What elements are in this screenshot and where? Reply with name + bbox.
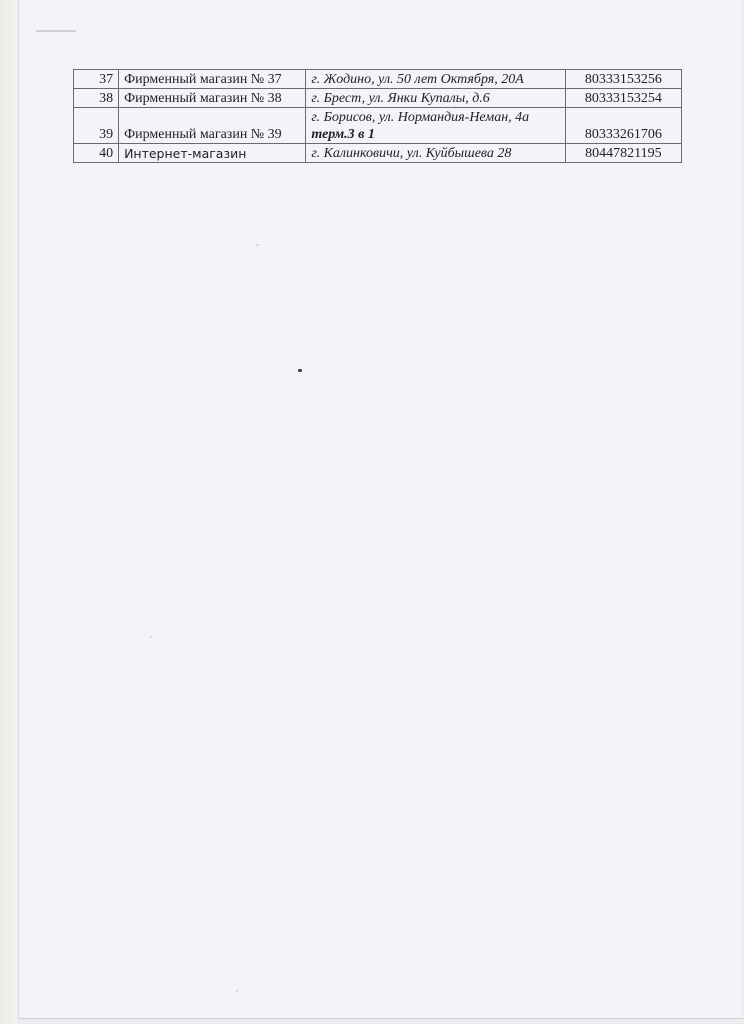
store-name: Фирменный магазин № 39 — [119, 108, 306, 144]
table-row: 38 Фирменный магазин № 38 г. Брест, ул. … — [74, 89, 682, 108]
scan-bottom-edge — [18, 1018, 744, 1024]
row-number: 39 — [74, 108, 119, 144]
table-row: 39 Фирменный магазин № 39 г. Борисов, ул… — [74, 108, 682, 144]
store-name: Интернет-магазин — [119, 144, 306, 163]
store-address: г. Брест, ул. Янки Купалы, д.6 — [306, 89, 565, 108]
row-number: 40 — [74, 144, 119, 163]
store-address-line1: г. Борисов, ул. Нормандия-Неман, 4а — [311, 109, 559, 126]
store-phone: 80333261706 — [565, 108, 681, 144]
stores-table: 37 Фирменный магазин № 37 г. Жодино, ул.… — [73, 69, 682, 163]
scan-left-edge — [0, 0, 19, 1024]
table-row: 40 Интернет-магазин г. Калинковичи, ул. … — [74, 144, 682, 163]
store-address: г. Жодино, ул. 50 лет Октября, 20А — [306, 70, 565, 89]
row-number: 37 — [74, 70, 119, 89]
row-number: 38 — [74, 89, 119, 108]
store-address: г. Борисов, ул. Нормандия-Неман, 4а терм… — [306, 108, 565, 144]
store-phone: 80333153254 — [565, 89, 681, 108]
scan-speck — [298, 369, 302, 372]
scan-speck — [150, 636, 152, 638]
store-phone: 80333153256 — [565, 70, 681, 89]
store-name: Фирменный магазин № 37 — [119, 70, 306, 89]
scan-speck — [256, 244, 259, 246]
table-row: 37 Фирменный магазин № 37 г. Жодино, ул.… — [74, 70, 682, 89]
scan-speck — [36, 30, 76, 32]
store-phone: 80447821195 — [565, 144, 681, 163]
scan-speck — [236, 990, 238, 992]
store-name: Фирменный магазин № 38 — [119, 89, 306, 108]
store-address: г. Калинковичи, ул. Куйбышева 28 — [306, 144, 565, 163]
store-address-line2: терм.3 в 1 — [311, 126, 559, 143]
